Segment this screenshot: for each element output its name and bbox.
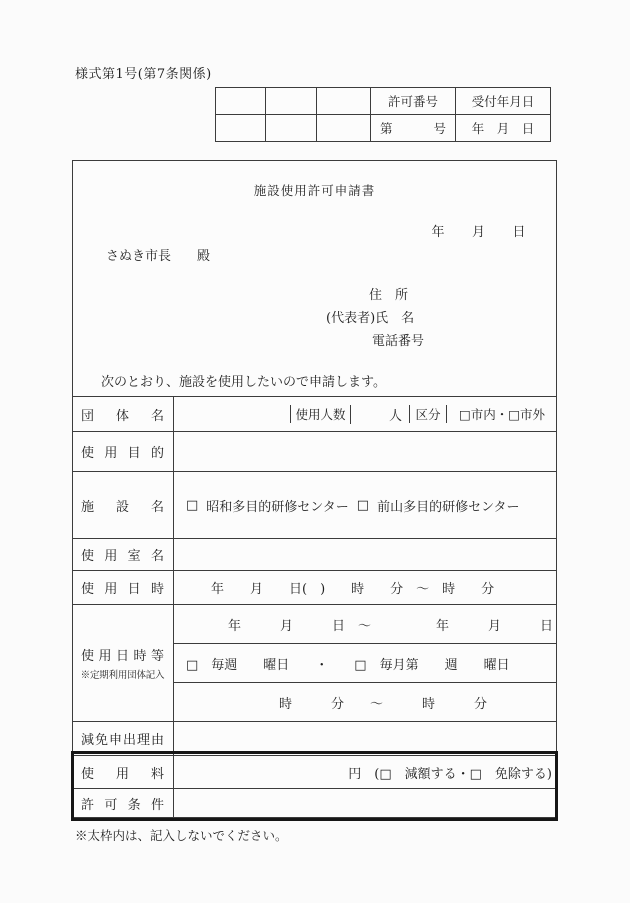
exemption-label-cell: 減免申出理由 — [72, 722, 174, 755]
form-title: 施設使用許可申請書 — [73, 181, 556, 199]
use-datetime-label: 使用日時 — [72, 578, 173, 597]
use-datetime-label-cell: 使用日時 — [72, 571, 174, 604]
stamp-cell-empty — [317, 115, 371, 142]
application-form: 施設使用許可申請書 年 月 日 さぬき市長 殿 住 所 (代表者)氏 名 電話番… — [72, 160, 557, 818]
row-use-datetime: 使用日時 年 月 日( ) 時 分 ～ 時 分 — [72, 570, 557, 604]
permit-number-header: 許可番号 — [371, 88, 456, 115]
stamp-cell-empty — [216, 115, 266, 142]
application-date-line: 年 月 日 — [431, 221, 526, 240]
facility-option-maeyama: 前山多目的研修センター — [377, 496, 519, 515]
footnote: ※太枠内は、記入しないでください。 — [75, 826, 288, 844]
address-label: 住 所 — [369, 284, 408, 303]
representative-name-label: (代表者)氏 名 — [326, 307, 414, 326]
received-date-value: 年 月 日 — [456, 115, 551, 142]
organization-label-cell: 団体名 — [72, 397, 174, 431]
conditions-input-cell — [174, 789, 557, 818]
use-datetime-template: 年 月 日( ) 時 分 ～ 時 分 — [174, 571, 557, 604]
room-label-cell: 使用室名 — [72, 539, 174, 570]
phone-label: 電話番号 — [372, 330, 424, 349]
room-input-cell — [174, 539, 557, 570]
stamp-cell-empty — [266, 88, 317, 115]
users-count-header: 使用人数 — [290, 405, 350, 423]
purpose-input-cell — [174, 432, 557, 471]
stamp-cell-empty — [216, 88, 266, 115]
schedule-label: 使用日時等 — [72, 645, 173, 664]
schedule-weekly-template: □ 毎週 曜日 ・ □ 毎月第 週 曜日 — [174, 643, 557, 682]
row-purpose: 使用目的 — [72, 431, 557, 471]
permit-number-prefix: 第 — [380, 119, 393, 137]
facility-option-showa: 昭和多目的研修センター — [206, 496, 348, 515]
users-count-input-cell: 人 — [350, 405, 409, 424]
conditions-label-cell: 許可条件 — [72, 789, 174, 818]
permit-number-value: 第 号 — [371, 115, 456, 142]
fee-label-cell: 使用料 — [72, 756, 174, 788]
stamp-cell-empty — [317, 88, 371, 115]
checkbox-facility-maeyama-icon: □ — [357, 498, 369, 513]
stamp-cell-empty — [266, 115, 317, 142]
purpose-label-cell: 使用目的 — [72, 432, 174, 471]
category-options: □市内・□市外 — [446, 405, 557, 423]
received-date-header: 受付年月日 — [456, 88, 551, 115]
fee-label: 使用料 — [72, 763, 173, 782]
schedule-period-template: 年 月 日 ～ 年 月 日 — [174, 605, 557, 643]
category-header: 区分 — [409, 405, 446, 423]
conditions-label: 許可条件 — [72, 794, 173, 813]
schedule-time-template: 時 分 ～ 時 分 — [174, 682, 557, 721]
permit-number-suffix: 号 — [433, 119, 446, 137]
row-schedule: 使用日時等 ※定期利用団体記入 年 月 日 ～ 年 月 日 □ 毎週 曜日 ・ … — [72, 604, 557, 721]
facility-label: 施設名 — [72, 496, 173, 515]
stamp-table: 許可番号 受付年月日 第 号 年 月 日 — [215, 87, 551, 142]
facility-label-cell: 施設名 — [72, 472, 174, 538]
row-facility: 施設名 □ 昭和多目的研修センター □ 前山多目的研修センター — [72, 471, 557, 538]
exemption-label: 減免申出理由 — [72, 729, 173, 748]
checkbox-facility-showa-icon: □ — [186, 498, 198, 513]
form-number: 様式第1号(第7条関係) — [75, 63, 212, 82]
row-conditions: 許可条件 — [72, 788, 557, 818]
row-fee: 使用料 円 (□ 減額する・□ 免除する) — [72, 755, 557, 788]
row-room: 使用室名 — [72, 538, 557, 570]
room-label: 使用室名 — [72, 545, 173, 564]
fee-value-template: 円 (□ 減額する・□ 免除する) — [174, 763, 557, 782]
form-table: 団体名 使用人数 人 区分 □市内・□市外 使用目的 施設名 □ 昭和多目的研修… — [72, 396, 557, 818]
addressee-line: さぬき市長 殿 — [106, 245, 210, 264]
purpose-label: 使用目的 — [72, 442, 173, 461]
exemption-input-cell — [174, 722, 557, 755]
schedule-label-cell: 使用日時等 ※定期利用団体記入 — [72, 605, 174, 721]
schedule-note: ※定期利用団体記入 — [72, 664, 173, 681]
row-organization: 団体名 使用人数 人 区分 □市内・□市外 — [72, 396, 557, 431]
intro-sentence: 次のとおり、施設を使用したいので申請します。 — [101, 371, 386, 390]
organization-label: 団体名 — [72, 405, 173, 424]
row-exemption: 減免申出理由 — [72, 721, 557, 755]
